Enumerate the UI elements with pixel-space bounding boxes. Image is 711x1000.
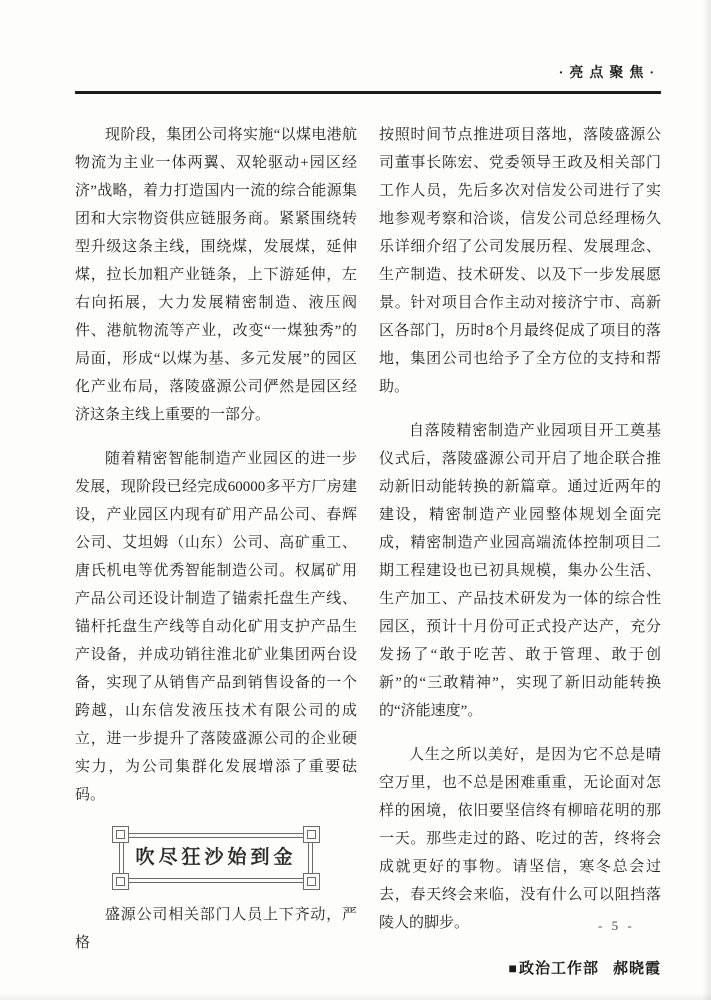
byline-department: 政治工作部 <box>519 961 599 977</box>
section-header-label: ·亮点聚焦· <box>559 62 660 82</box>
byline-square-bullet-icon: ■ <box>509 962 518 977</box>
frame-corner-ornament-icon <box>303 873 320 890</box>
frame-corner-ornament-icon <box>303 826 320 843</box>
article-body: 现阶段，集团公司将实施“以煤电港航物流为主业一体两翼、双轮驱动+园区经济”战略，… <box>75 121 661 984</box>
body-paragraph: 按照时间节点推进项目落地，落陵盛源公司董事长陈宏、党委领导王政及相关部门工作人员… <box>379 121 661 401</box>
scan-edge-bottom <box>0 993 711 1000</box>
section-title: 吹尽狂沙始到金 <box>120 834 312 882</box>
magazine-page: ·亮点聚焦· 现阶段，集团公司将实施“以煤电港航物流为主业一体两翼、双轮驱动+园… <box>0 0 711 1000</box>
right-column: 按照时间节点推进项目落地，落陵盛源公司董事长陈宏、党委领导王政及相关部门工作人员… <box>379 121 661 984</box>
scan-edge-right <box>702 0 711 1000</box>
body-paragraph: 盛源公司相关部门人员上下齐动，严格 <box>75 901 357 957</box>
byline: ■政治工作部郝晓霞 <box>379 955 661 984</box>
left-column: 现阶段，集团公司将实施“以煤电港航物流为主业一体两翼、双轮驱动+园区经济”战略，… <box>75 121 357 984</box>
byline-author: 郝晓霞 <box>613 961 661 977</box>
page-number: - 5 - <box>598 918 635 934</box>
body-paragraph: 人生之所以美好，是因为它不总是晴空万里，也不总是困难重重，无论面对怎样的困境，依… <box>379 741 661 937</box>
frame-corner-ornament-icon <box>112 826 129 843</box>
body-paragraph: 随着精密智能制造产业园区的进一步发展，现阶段已经完成60000多平方厂房建设，产… <box>75 445 357 809</box>
section-title-box: 吹尽狂沙始到金 <box>119 833 313 883</box>
header-rule <box>75 91 661 94</box>
frame-corner-ornament-icon <box>112 873 129 890</box>
body-paragraph: 现阶段，集团公司将实施“以煤电港航物流为主业一体两翼、双轮驱动+园区经济”战略，… <box>75 121 357 429</box>
body-paragraph: 自落陵精密制造产业园项目开工奠基仪式后，落陵盛源公司开启了地企联合推动新旧动能转… <box>379 417 661 725</box>
